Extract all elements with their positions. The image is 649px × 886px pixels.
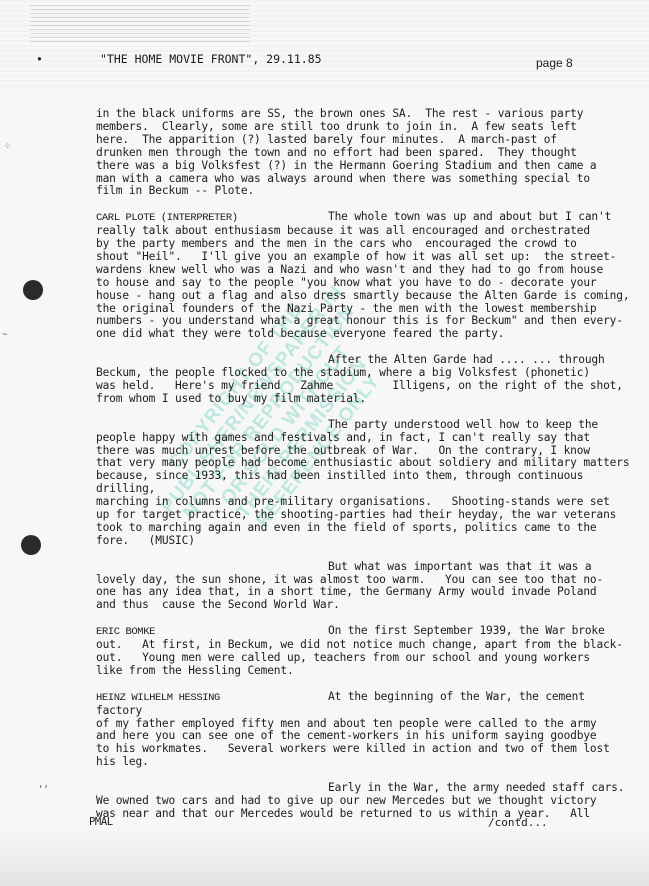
transcript-paragraph: CARL PLOTE (INTERPRETER)The whole town w… bbox=[96, 211, 636, 341]
paragraph-text: Early in the War, the army needed staff … bbox=[96, 781, 624, 820]
transcript-paragraph: Early in the War, the army needed staff … bbox=[96, 782, 636, 821]
transcript-body: in the black uniforms are SS, the brown … bbox=[96, 108, 636, 834]
transcript-paragraph: HEINZ WILHELM HESSINGAt the beginning of… bbox=[96, 691, 636, 769]
transcript-paragraph: in the black uniforms are SS, the brown … bbox=[96, 108, 636, 198]
paragraph-text: The whole town was up and about but I ca… bbox=[96, 210, 629, 340]
scan-speck: ,, bbox=[38, 780, 49, 790]
scan-speck: ⁘ bbox=[4, 142, 12, 152]
scan-speck: ~ bbox=[2, 330, 7, 340]
bullet-mark: • bbox=[36, 52, 43, 66]
hole-punch-icon bbox=[23, 280, 43, 300]
transcript-paragraph: But what was important was that it was a… bbox=[96, 561, 636, 613]
page-number: page 8 bbox=[536, 56, 573, 70]
continued-marker: /contd... bbox=[488, 816, 548, 829]
paragraph-text: The party understood well how to keep th… bbox=[96, 418, 629, 547]
transcript-paragraph: After the Alten Garde had .... ... throu… bbox=[96, 354, 636, 406]
transcript-paragraph: The party understood well how to keep th… bbox=[96, 419, 636, 548]
document-title: "THE HOME MOVIE FRONT", 29.11.85 bbox=[100, 52, 322, 66]
paragraph-text: But what was important was that it was a… bbox=[96, 560, 603, 612]
scan-noise-top bbox=[0, 0, 649, 90]
hole-punch-icon bbox=[21, 535, 41, 555]
transcript-paragraph: ERIC BOMKEOn the first September 1939, t… bbox=[96, 625, 636, 678]
scan-shadow-bottom bbox=[0, 826, 649, 886]
footer-initials: PMAL bbox=[89, 816, 113, 828]
paragraph-text: in the black uniforms are SS, the brown … bbox=[96, 107, 597, 197]
paragraph-text: After the Alten Garde had .... ... throu… bbox=[96, 353, 623, 405]
